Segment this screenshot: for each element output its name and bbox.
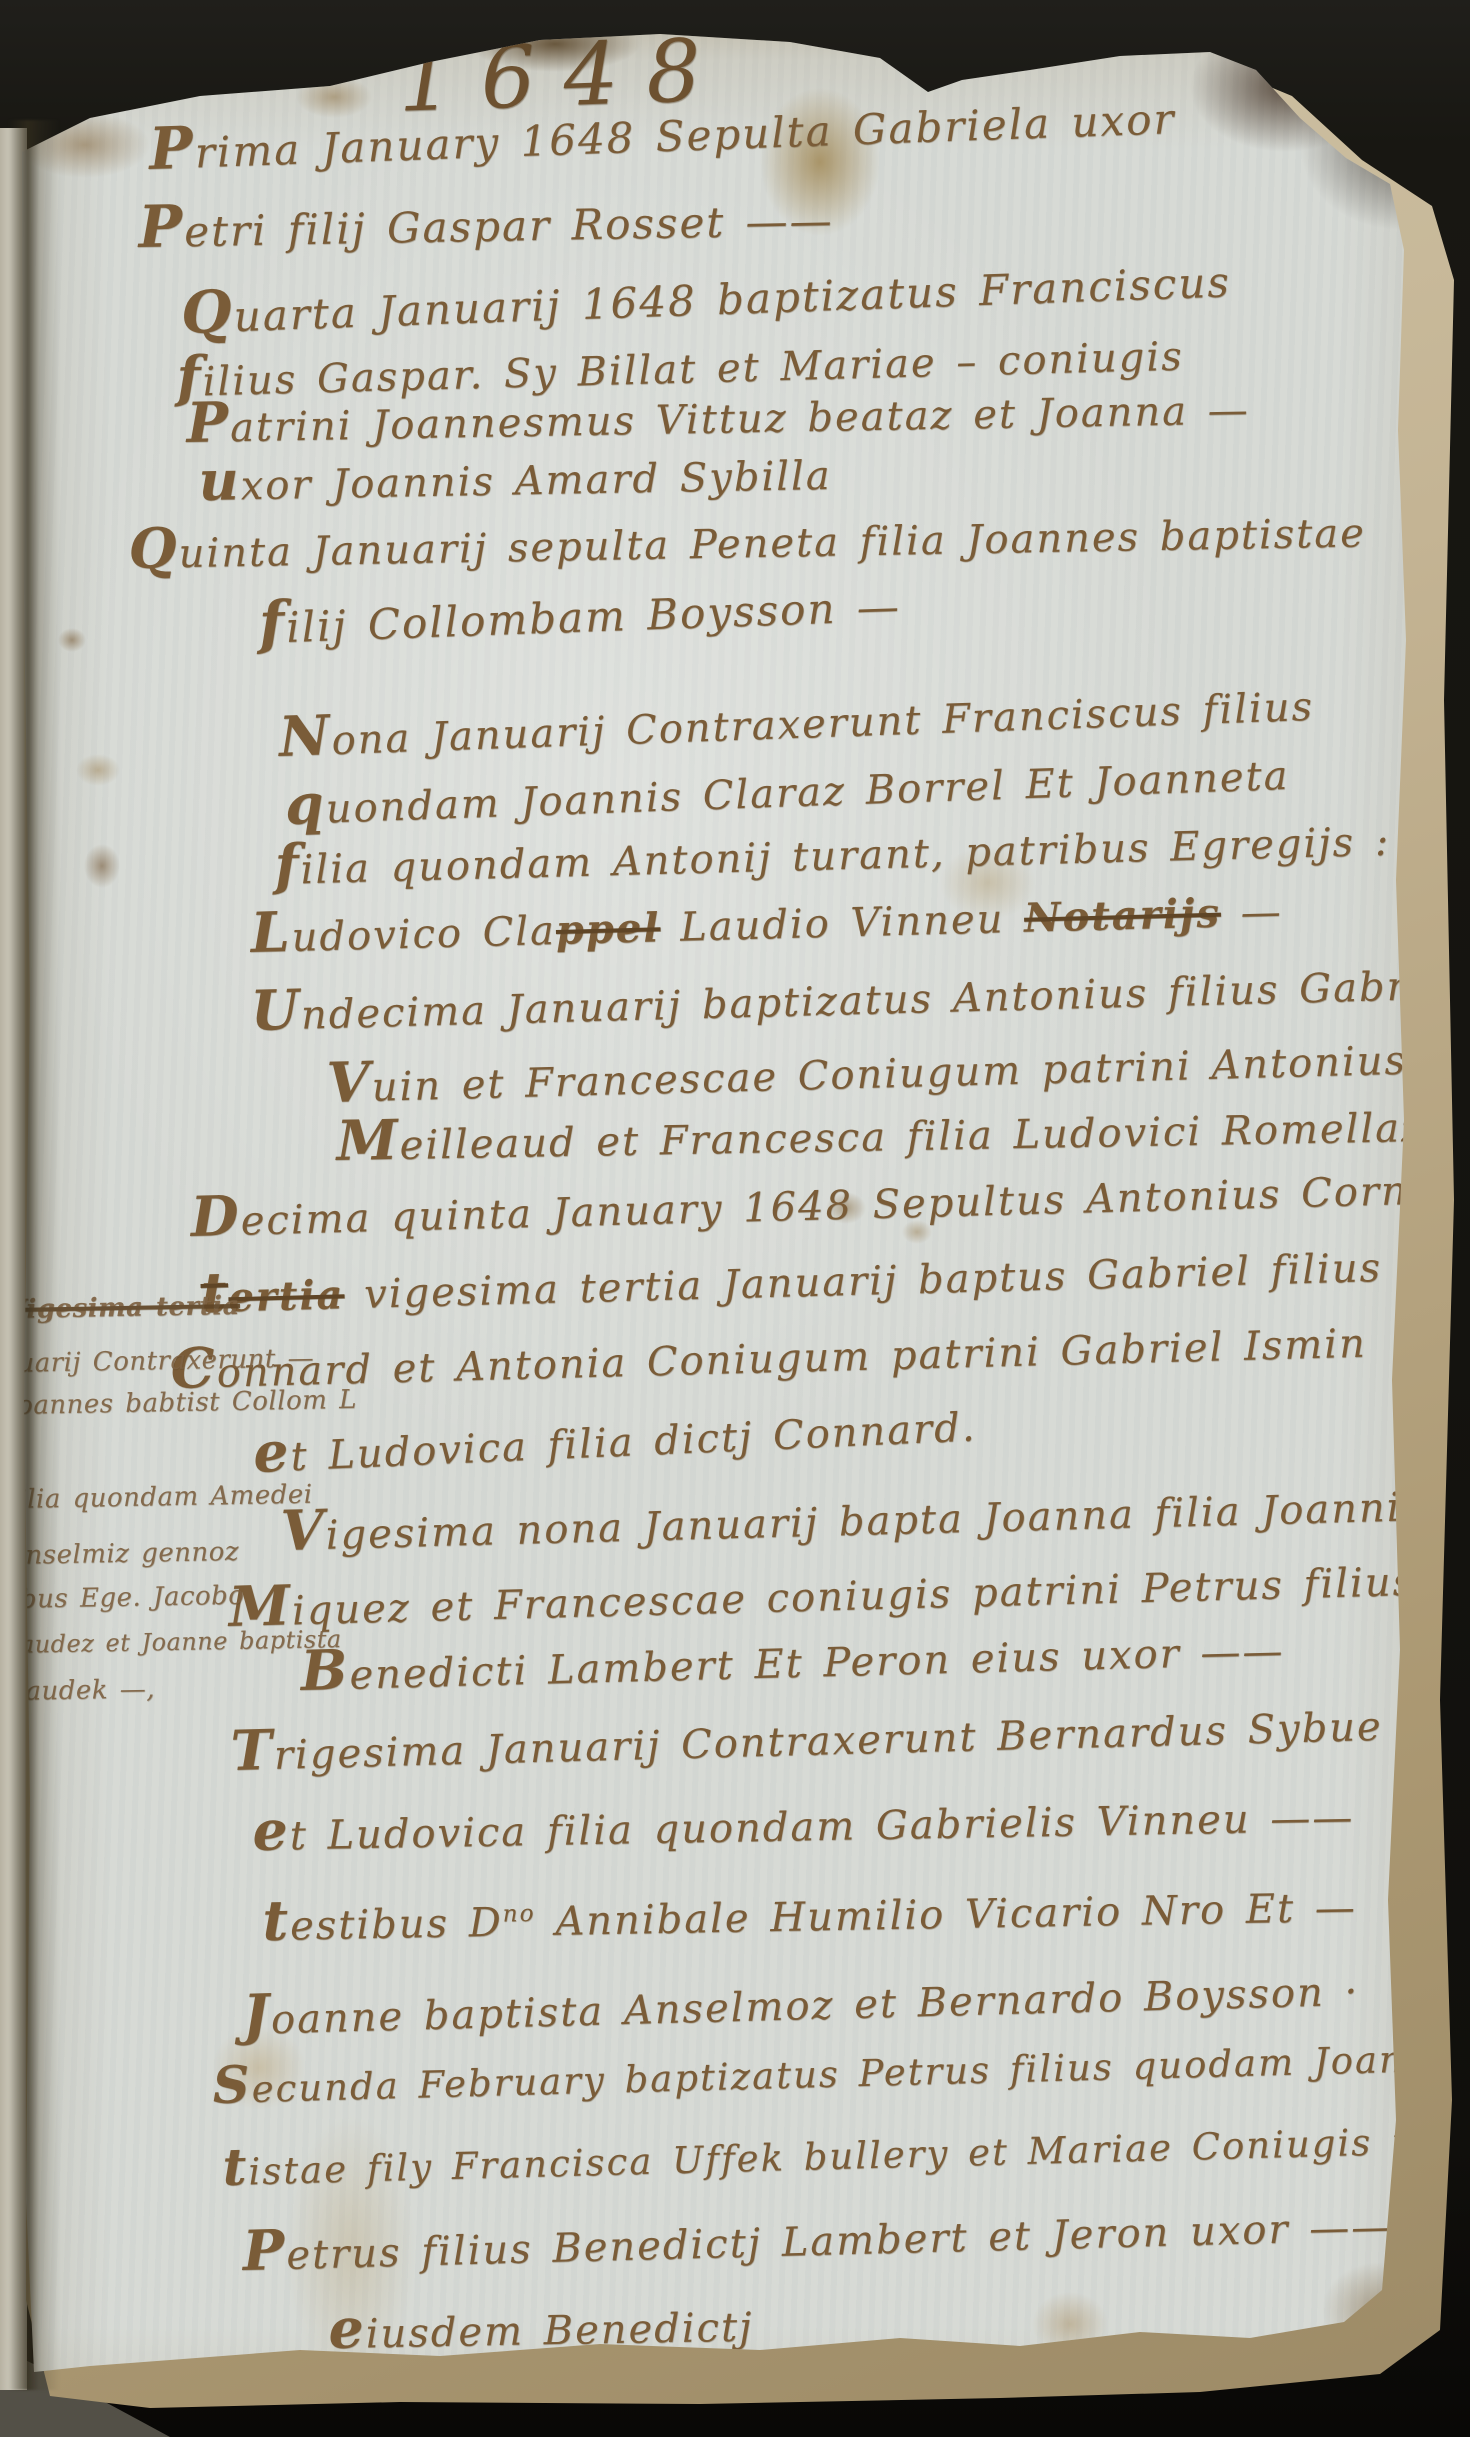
manuscript-line: filij Collombam Boysson — [258,570,902,656]
stain [1300,60,1470,230]
manuscript-line: Petri filij Gaspar Rosset —— [138,184,834,260]
stain [1190,22,1380,152]
manuscript-line: tistae fily Francisca Uffek bullery et M… [222,2106,1470,2196]
manuscript-line: Petrus filius Benedictj Lambert et Jeron… [242,2192,1394,2283]
stain [76,754,120,786]
manuscript-line: et Ludovica filia dictj Connard. [252,1392,977,1484]
stain [1392,36,1456,100]
manuscript-line: Trigesima Januarij Contraxerunt Bernardu… [230,1692,1383,1783]
manuscript-page: 1648 Prima January 1648 Sepulta Gabriela… [0,0,1470,2437]
manuscript-line: uxor Joannis Amard Sybilla [198,441,832,513]
manuscript-line: et Ludovica filia quondam Gabrielis Vinn… [252,1783,1355,1863]
stain [58,628,86,652]
manuscript-line: testibus Dno Annibale Humilio Vicario Nr… [262,1873,1357,1953]
manuscript-line: Vigesima nona Januarij bapta Joanna fili… [280,1471,1470,1563]
photograph-of-manuscript: 1648 Prima January 1648 Sepulta Gabriela… [0,0,1470,2437]
stain [84,844,120,888]
gutter-crease-shadow [8,120,60,2390]
manuscript-line: Quinta Januarij sepulta Peneta filia Joa… [128,498,1366,580]
